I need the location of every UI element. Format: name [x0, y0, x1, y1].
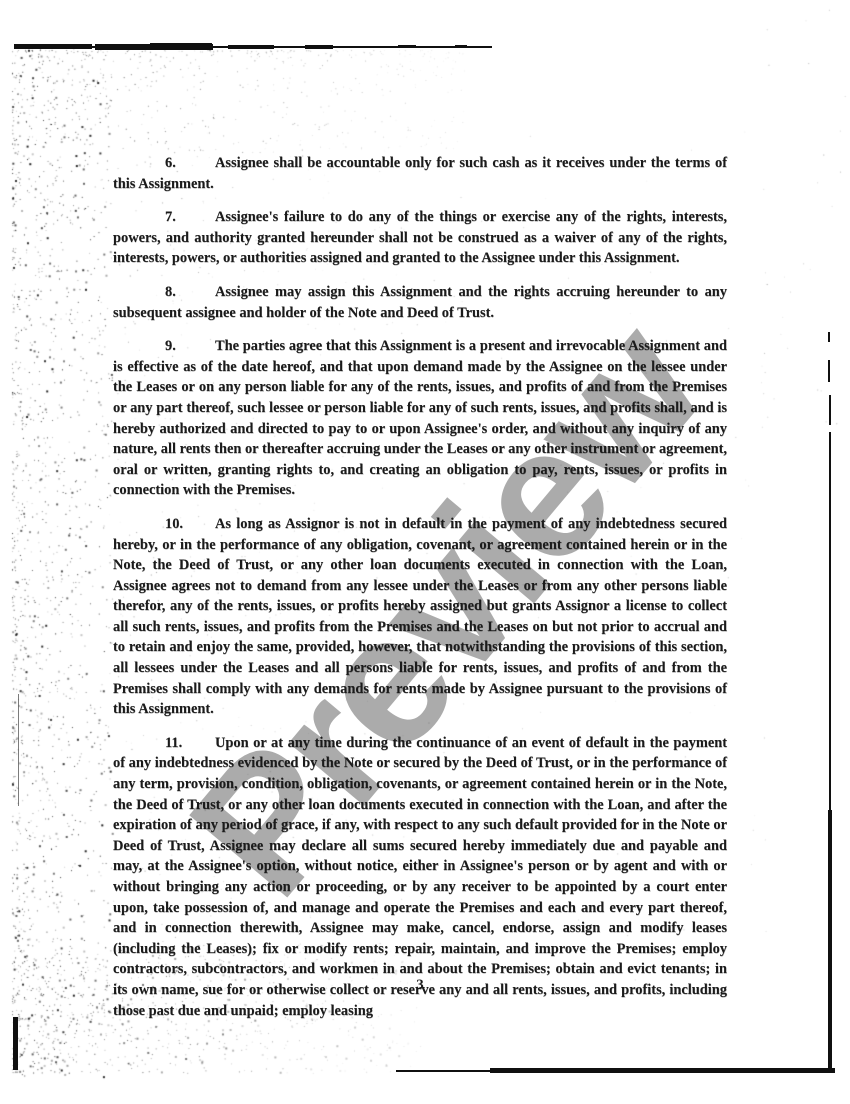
paragraph-text: Upon or at any time during the continuan… — [113, 735, 727, 1019]
page-number: 3 — [113, 977, 727, 994]
left-edge-line — [18, 694, 19, 806]
paragraph-text: As long as Assignor is not in default in… — [113, 516, 727, 717]
right-border-dash — [829, 395, 831, 425]
paragraph: 10.As long as Assignor is not in default… — [113, 514, 727, 720]
top-bar-segment — [455, 45, 467, 48]
paragraph-number: 6. — [165, 153, 215, 174]
right-border-line — [829, 432, 831, 812]
right-border-dash — [828, 332, 830, 342]
paragraph-number: 10. — [165, 514, 215, 535]
paragraph-number: 7. — [165, 207, 215, 228]
paragraph-number: 9. — [165, 336, 215, 357]
bottom-border-thin — [396, 1070, 491, 1072]
bottom-border-line — [490, 1068, 835, 1073]
paragraph: 9.The parties agree that this Assignment… — [113, 336, 727, 501]
top-bar-segment — [228, 45, 274, 49]
top-bar-segment — [150, 43, 212, 50]
document-body: 6.Assignee shall be accountable only for… — [113, 153, 727, 1034]
paragraph-number: 11. — [165, 733, 215, 754]
paragraph: 6.Assignee shall be accountable only for… — [113, 153, 727, 194]
paragraph: 7.Assignee's failure to do any of the th… — [113, 207, 727, 269]
left-bottom-bar — [13, 1017, 18, 1070]
document-page: Preview 6.Assignee shall be accountable … — [0, 0, 850, 1104]
right-border-line — [828, 810, 832, 1072]
paragraph-text: The parties agree that this Assignment i… — [113, 338, 727, 498]
top-bar-segment — [14, 44, 92, 49]
paragraph-number: 8. — [165, 282, 215, 303]
right-border-dash — [828, 360, 830, 382]
top-bar-segment — [305, 45, 333, 49]
top-bar-segment — [398, 45, 416, 48]
paragraph: 8.Assignee may assign this Assignment an… — [113, 282, 727, 323]
